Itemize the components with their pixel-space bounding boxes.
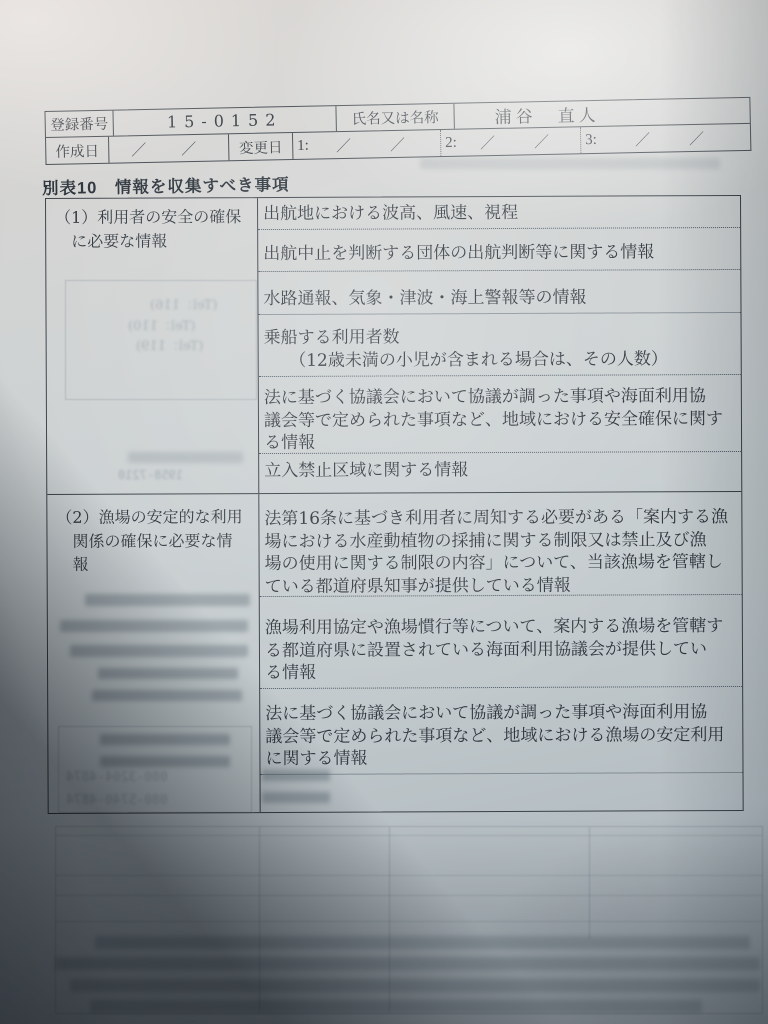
row-1-category-label: （1）利用者の安全の確保 に必要な情報 — [46, 198, 259, 494]
row-2-item-3: 法に基づく協議会において協議が調った事項や海面利用協 議会等で定められた事項など… — [260, 687, 742, 775]
modified-date-3: 3: ／ ／ — [580, 124, 750, 153]
modified-3-value: ／ ／ — [605, 126, 747, 150]
modified-1-prefix: 1: — [297, 137, 309, 154]
row-2-item-1: 法第16条に基づき利用者に周知する必要がある「案内する漁 場における水産動植物の… — [259, 492, 741, 597]
registration-number-value: 15-0152 — [112, 106, 335, 135]
bleed-grid-line — [56, 895, 762, 896]
modified-2-value: ／ ／ — [465, 130, 577, 153]
row-1-item-4: 乗船する利用者数 （12歳未満の小児が含まれる場合は、その人数） — [259, 313, 741, 377]
row-2-items: 法第16条に基づき利用者に周知する必要がある「案内する漁 場における水産動植物の… — [259, 492, 742, 812]
modified-2-prefix: 2: — [445, 134, 457, 151]
row-2-item-2: 漁場利用協定や漁場慣行等について、案内する漁場を管轄す る都道府県に設置されてい… — [260, 595, 742, 689]
modified-date-label: 変更日 — [228, 133, 293, 160]
paper: (Tel：116) (Tel：110) (Tel：119) 1958-7210 … — [0, 0, 768, 1024]
table-title: 別表10 情報を収集すべき事項 — [42, 171, 290, 199]
bleed-text-bar — [420, 158, 720, 169]
bleed-text-bar — [55, 957, 760, 970]
row-2-category-label: （2）漁場の安定的な利用 関係の確保に必要な情 報 — [47, 494, 260, 813]
bleed-text-bar — [95, 936, 750, 949]
created-date-label: 作成日 — [46, 137, 109, 164]
row-1-item-3: 水路通報、気象・津波・海上警報等の情報 — [258, 270, 740, 315]
modified-date-1: 1: ／ ／ — [292, 130, 440, 159]
row-1-item-5: 法に基づく協議会において協議が調った事項や海面利用協 議会等で定められた事項など… — [259, 375, 741, 454]
table-row-fishery: （2）漁場の安定的な利用 関係の確保に必要な情 報 法第16条に基づき利用者に周… — [47, 492, 742, 813]
row-1-item-6: 立入禁止区域に関する情報 — [259, 452, 741, 493]
name-label: 氏名又は名称 — [335, 104, 453, 131]
row-2-empty-cell — [261, 773, 743, 812]
row-1-items: 出航地における波高、風速、視程 出航中止を判断する団体の出航判断等に関する情報 … — [258, 196, 741, 493]
information-table: （1）利用者の安全の確保 に必要な情報 出航地における波高、風速、視程 出航中止… — [45, 195, 744, 814]
row-1-item-2: 出航中止を判断する団体の出航判断等に関する情報 — [258, 228, 740, 272]
created-date-value: ／ ／ — [108, 134, 228, 162]
modified-3-prefix: 3: — [585, 131, 597, 148]
modified-date-2: 2: ／ ／ — [440, 127, 580, 156]
bleed-grid-line — [56, 835, 762, 836]
registration-number-label: 登録番号 — [45, 111, 112, 137]
bleed-grid-line — [56, 875, 762, 876]
header-form: 登録番号 15-0152 氏名又は名称 浦谷 直人 作成日 ／ ／ 変更日 1:… — [44, 97, 751, 165]
row-1-item-1: 出航地における波高、風速、視程 — [258, 196, 740, 230]
table-row-safety: （1）利用者の安全の確保 に必要な情報 出航地における波高、風速、視程 出航中止… — [46, 196, 741, 495]
photographed-document: (Tel：116) (Tel：110) (Tel：119) 1958-7210 … — [0, 0, 768, 1024]
bleed-text-bar — [70, 979, 760, 992]
modified-1-value: ／ ／ — [317, 133, 437, 156]
bleed-text-bar — [90, 1000, 702, 1013]
bleed-grid-line — [56, 921, 762, 922]
